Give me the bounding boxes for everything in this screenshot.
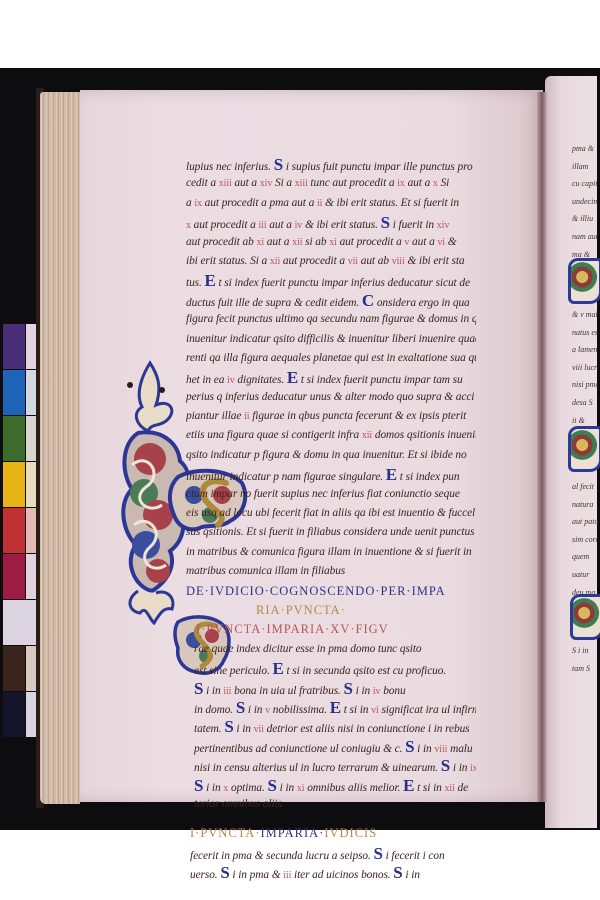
text-run: i fuerit in — [390, 219, 437, 231]
text-run: inuenitur indicatur p nam figurae singul… — [186, 471, 386, 483]
text-run: de — [455, 782, 468, 794]
heading-part-1: I·PVNCTA· — [190, 826, 261, 840]
rubric-numeral: xii — [444, 783, 454, 794]
text-run: dignitates. — [235, 374, 287, 386]
rubric-numeral: xii — [292, 237, 302, 248]
blue-initial: E — [330, 698, 341, 717]
text-run: i in — [245, 704, 265, 716]
text-run: eis usq ad locu ubi fecerit fiat in alii… — [186, 507, 475, 519]
rubric-numeral: xiii — [295, 178, 308, 189]
blue-initial: E — [287, 368, 298, 387]
text-line: sus qsitionis. Et si fuerit in filiabus … — [186, 523, 476, 542]
text-run: i in — [234, 723, 254, 735]
text-line: renti qa illa figura aequales planetae q… — [186, 349, 476, 368]
color-patch — [3, 508, 40, 553]
text-run: t si in secunda qsito est cu proficuo. — [284, 665, 446, 677]
text-run: aut a — [409, 236, 437, 248]
text-run: i in pma & — [230, 869, 284, 881]
text-line: aut procedit ab xi aut a xii si ab xi au… — [186, 233, 476, 252]
rubric-numeral: vi — [437, 237, 445, 248]
text-run: & — [445, 236, 457, 248]
blue-initial: S — [194, 679, 203, 698]
rubric-numeral: viii — [392, 256, 405, 267]
text-line: etiis una figura quae si contigerit infr… — [186, 426, 476, 445]
color-patch — [3, 370, 40, 415]
right-page-illuminated-initial-3 — [570, 594, 600, 640]
text-line: fecerit in pma & secunda lucru a seipso.… — [190, 844, 476, 863]
rubric-numeral: xi — [256, 237, 264, 248]
section-heading-2: I·PVNCTA·IMPARIA·IVDICIS — [186, 824, 476, 843]
text-run: malu — [447, 743, 472, 755]
text-line: ctum impar no fuerit supius nec inferius… — [186, 485, 476, 504]
heading-part-2: IMPARIA· — [261, 826, 325, 840]
text-run: aut procedit a pma aut a — [202, 197, 317, 209]
text-run: domos qsitionis inuenit — [372, 429, 476, 441]
color-patch — [3, 416, 40, 461]
text-run: in domo. — [194, 704, 236, 716]
blue-initial: S — [268, 776, 277, 795]
text-run: onsidera ergo in qua — [374, 297, 470, 309]
text-line: eis usq ad locu ubi fecerit fiat in alii… — [186, 504, 476, 523]
blue-initial: S — [381, 213, 390, 232]
text-run: in matribus & comunica figura illam in i… — [186, 546, 472, 558]
blue-initial: S — [374, 844, 383, 863]
rubric-numeral: ix — [470, 763, 476, 774]
text-line: lupius nec inferius. S i supius fuit pun… — [186, 155, 476, 174]
page-edges-stack — [40, 92, 80, 804]
text-run: aut procedit a — [337, 236, 405, 248]
color-patch — [3, 646, 40, 691]
text-run: ductus fuit ille de supra & cedit eidem. — [186, 297, 362, 309]
text-run: het in ea — [186, 374, 227, 386]
blue-initial: E — [386, 465, 397, 484]
rubric-numeral: vii — [348, 256, 358, 267]
rubric-numeral: xi — [329, 237, 337, 248]
text-line: tus. E t si index fuerit punctu impar in… — [186, 271, 476, 290]
blue-initial: S — [236, 698, 245, 717]
text-run: t si index fuerit punctu impar inferius … — [216, 277, 470, 289]
text-run: bonu — [380, 685, 405, 697]
blue-initial: S — [220, 863, 229, 882]
text-line: piantur illae ii figurae in qbus puncta … — [186, 407, 476, 426]
text-line: inuenitur indicatur qsito difficilis & i… — [186, 330, 476, 349]
text-run: iter ad uicinos bonos. — [291, 869, 393, 881]
text-line: inuenitur indicatur p nam figurae singul… — [186, 465, 476, 484]
right-page-illuminated-initial-2 — [568, 426, 600, 472]
text-run: bona in uia ul fratribus. — [231, 685, 343, 697]
blue-initial: S — [344, 679, 353, 698]
text-line: a ix aut procedit a pma aut a ii & ibi e… — [186, 194, 476, 213]
right-page-text-bottom: S i intam S — [572, 642, 598, 677]
text-line: tatem. S i in vii detrior est aliis nisi… — [194, 717, 476, 736]
text-run: i in — [203, 782, 223, 794]
text-run: si ab — [302, 236, 329, 248]
text-run: i in — [403, 869, 420, 881]
text-line: het in ea iv dignitates. E t si index fu… — [186, 368, 476, 387]
text-run: detrior est aliis nisi in coniunctione i… — [264, 723, 470, 735]
text-line: viii lucri — [572, 359, 598, 377]
text-run: Si a — [272, 177, 295, 189]
text-run: est sine periculo. — [194, 665, 272, 677]
text-run: matribus comunica illam in filiabus — [186, 565, 345, 577]
text-run: rae quae index dicitur esse in pma domo … — [194, 643, 422, 655]
text-run: fecerit in pma & secunda lucru a seipso. — [190, 850, 374, 862]
text-line: est sine periculo. E t si in secunda qsi… — [194, 659, 476, 678]
rubric-numeral: xii — [362, 430, 372, 441]
text-run: aut ab — [358, 255, 392, 267]
text-run: inuenitur indicatur qsito difficilis & i… — [186, 333, 476, 345]
text-run: uerso. — [190, 869, 220, 881]
text-line: S i in — [572, 642, 598, 660]
blue-initial: E — [272, 659, 283, 678]
text-run: aut procedit ab — [186, 236, 256, 248]
text-line: & illiu — [572, 210, 598, 228]
text-line: cedit a xiii aut a xiv Si a xiii tunc au… — [186, 174, 476, 193]
text-line: matribus comunica illam in filiabus — [186, 562, 476, 581]
color-patch — [3, 462, 40, 507]
rubric-numeral: iv — [227, 375, 235, 386]
blue-initial: C — [362, 291, 374, 310]
text-run: cedit a — [186, 177, 219, 189]
text-run: nobilissima. — [270, 704, 330, 716]
text-run: sus qsitionis. Et si fuerit in filiabus … — [186, 526, 474, 538]
text-run: figurae in qbus puncta fecerunt & ex ips… — [249, 410, 466, 422]
text-line: illam — [572, 158, 598, 176]
text-run: i fecerit i con — [383, 850, 445, 862]
blue-initial: S — [393, 863, 402, 882]
section-heading: I·PVNCTA·IMPARIA·XV·FIGV — [186, 620, 476, 639]
blue-initial: E — [205, 271, 216, 290]
rubric-numeral: xiv — [260, 178, 272, 189]
color-patch — [3, 600, 40, 645]
text-run: piantur illae — [186, 410, 244, 422]
text-run: ibi erit status. Si a — [186, 255, 270, 267]
text-run: i supius fuit punctu impar ille punctus … — [283, 161, 472, 173]
text-run: i in — [450, 762, 470, 774]
text-line: a lamenda — [572, 341, 598, 359]
book-gutter — [537, 92, 547, 802]
text-line: undecim — [572, 193, 598, 211]
text-run: & ibi erit status. Et si fuerit in — [322, 197, 459, 209]
text-run: aut a — [405, 177, 433, 189]
color-calibration-strip — [3, 324, 40, 738]
text-run: aut a — [232, 177, 260, 189]
text-run: t si index pun — [397, 471, 459, 483]
text-run: t si in — [341, 704, 371, 716]
text-run: aut procedit a — [280, 255, 348, 267]
text-run: pertinentibus ad coniunctione ul coniugi… — [194, 743, 405, 755]
text-run: lupius nec inferius. — [186, 161, 274, 173]
rubric-numeral: ix — [194, 198, 202, 209]
text-line: aut pato — [572, 513, 598, 531]
text-line: S i in iii bona in uia ul fratribus. S i… — [194, 679, 476, 698]
blue-initial: S — [224, 717, 233, 736]
text-line: natura — [572, 496, 598, 514]
text-run: i in — [353, 685, 373, 697]
text-line: tam S — [572, 660, 598, 678]
text-run: & ibi erit sta — [405, 255, 465, 267]
text-run: renti qa illa figura aequales planetae q… — [186, 352, 476, 364]
text-line: al fecit — [572, 478, 598, 496]
text-run: i in — [277, 782, 297, 794]
text-line: ibi erit status. Si a xii aut procedit a… — [186, 252, 476, 271]
text-line: nisi pma — [572, 376, 598, 394]
text-run: figura fecit punctus ultimo qa secundu n… — [186, 313, 476, 325]
text-line: in matribus & comunica figura illam in i… — [186, 543, 476, 562]
chapter-heading-line-2: RIA·PVNCTA· — [186, 601, 476, 620]
chapter-heading-line-1: DE·IVDICIO·COGNOSCENDO·PER·IMPA — [186, 582, 476, 601]
text-line: uerso. S i in pma & iii iter ad uicinos … — [190, 863, 476, 882]
rubric-numeral: xiv — [437, 220, 449, 231]
rubric-numeral: vii — [254, 724, 264, 735]
text-run: nisi in censu alterius ul in lucro terra… — [194, 762, 441, 774]
text-line: nam aut — [572, 228, 598, 246]
text-line: pertinentibus ad coniunctione ul coniugi… — [194, 737, 476, 756]
rubric-numeral: xiii — [219, 178, 232, 189]
color-patch — [3, 692, 40, 737]
blue-initial: S — [274, 155, 283, 174]
text-run: aut procedit a — [191, 219, 259, 231]
blue-initial: S — [441, 756, 450, 775]
text-line: terior omnibus aliis. — [194, 795, 476, 814]
text-run: i in — [203, 685, 223, 697]
top-margin — [0, 0, 600, 68]
blue-initial: E — [403, 776, 414, 795]
paragraph-1: lupius nec inferius. S i supius fuit pun… — [186, 155, 476, 582]
text-run: ctum impar no fuerit supius nec inferius… — [186, 488, 460, 500]
heading-part-3: IVDICIS — [324, 826, 377, 840]
text-line: natus est — [572, 324, 598, 342]
text-line: S i in x optima. S i in xi omnibus aliis… — [194, 776, 476, 795]
rubric-numeral: xii — [270, 256, 280, 267]
text-run: tunc aut procedit a — [308, 177, 398, 189]
paragraph-3: fecerit in pma & secunda lucru a seipso.… — [186, 844, 476, 883]
text-line: quem — [572, 548, 598, 566]
text-line: & v mala — [572, 306, 598, 324]
text-line: desa S — [572, 394, 598, 412]
text-line: uatur — [572, 566, 598, 584]
text-line: rae quae index dicitur esse in pma domo … — [194, 640, 476, 659]
rubric-numeral: viii — [434, 744, 447, 755]
rubric-numeral: vi — [371, 705, 379, 716]
paragraph-2: rae quae index dicitur esse in pma domo … — [186, 640, 476, 815]
manuscript-text-block: lupius nec inferius. S i supius fuit pun… — [186, 155, 476, 882]
rubric-numeral: ix — [397, 178, 405, 189]
text-run: significat ira ul infirmi — [379, 704, 476, 716]
text-run: tus. — [186, 277, 205, 289]
text-line: figura fecit punctus ultimo qa secundu n… — [186, 310, 476, 329]
text-line: nisi in censu alterius ul in lucro terra… — [194, 756, 476, 775]
text-run: etiis una figura quae si contigerit infr… — [186, 429, 362, 441]
text-line: pma & — [572, 140, 598, 158]
text-run: i in — [414, 743, 434, 755]
right-page-illuminated-initial — [568, 258, 600, 304]
text-run: & ibi erit status. — [302, 219, 380, 231]
blue-initial: S — [194, 776, 203, 795]
text-line: in domo. S i in v nobilissima. E t si in… — [194, 698, 476, 717]
text-run: tatem. — [194, 723, 224, 735]
text-run: terior omnibus aliis. — [194, 798, 285, 810]
rubric-numeral: iii — [258, 220, 266, 231]
text-run: aut a — [267, 219, 295, 231]
text-run: optima. — [228, 782, 267, 794]
text-run: t si index fuerit punctu impar tam su — [298, 374, 463, 386]
right-page-text-top: pma &illamcu capitaundecim& illiunam aut… — [572, 140, 598, 263]
text-line: ductus fuit ille de supra & cedit eidem.… — [186, 291, 476, 310]
text-run: t si in — [414, 782, 444, 794]
color-patch — [3, 554, 40, 599]
text-line: qsito indicatur p figura & domu in qua i… — [186, 446, 476, 465]
text-run: aut a — [264, 236, 292, 248]
text-run: Si — [438, 177, 449, 189]
text-line: x aut procedit a iii aut a iv & ibi erit… — [186, 213, 476, 232]
text-run: perius q inferius deducatur unus & alter… — [186, 391, 474, 403]
text-line: cu capita — [572, 175, 598, 193]
color-patch — [3, 324, 40, 369]
text-line: perius q inferius deducatur unus & alter… — [186, 388, 476, 407]
text-run: qsito indicatur p figura & domu in qua i… — [186, 449, 467, 461]
text-line: sim cord — [572, 531, 598, 549]
text-run: omnibus aliis melior. — [304, 782, 403, 794]
